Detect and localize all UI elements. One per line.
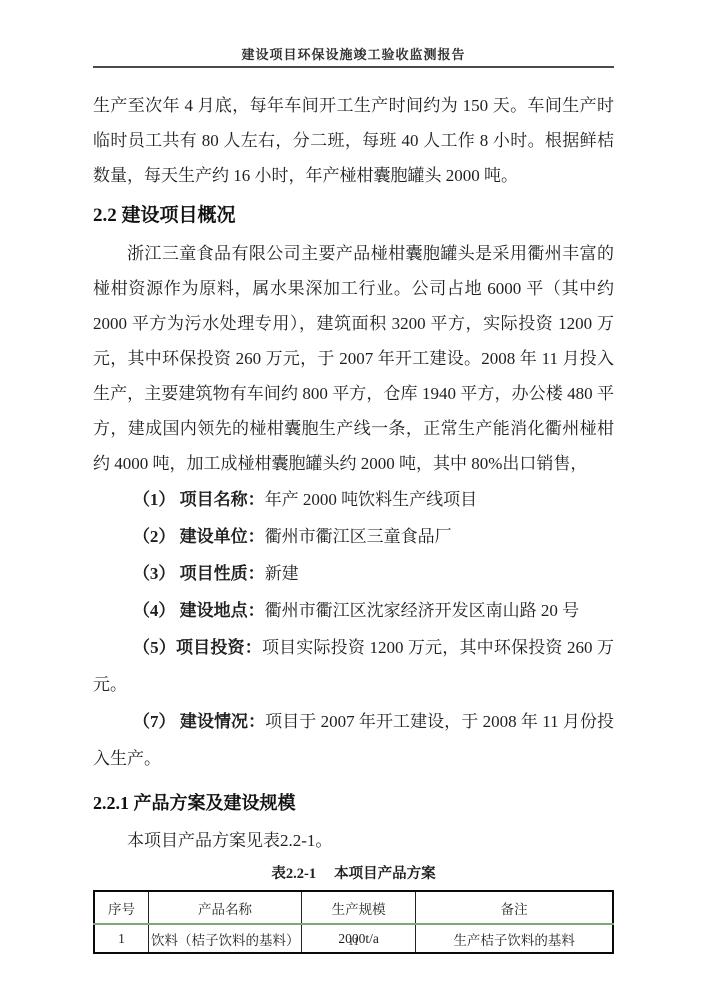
item-label: （7） 建设情况： xyxy=(133,712,265,731)
section-heading-2-2: 2.2 建设项目概况 xyxy=(93,202,614,229)
item-label: （4） 建设地点： xyxy=(133,601,265,620)
table-caption-title: 本项目产品方案 xyxy=(334,866,436,882)
item-label: （2） 建设单位： xyxy=(133,527,265,546)
list-item-location: （4） 建设地点：衢州市衢江区沈家经济开发区南山路 20 号 xyxy=(93,592,614,629)
table-header-row: 序号 产品名称 生产规模 备注 xyxy=(94,891,613,924)
item-label: （1） 项目名称： xyxy=(133,490,265,509)
list-item-construction-status: （7） 建设情况：项目于 2007 年开工建设，于 2008 年 11 月份投入… xyxy=(93,703,614,777)
header-rule xyxy=(93,66,614,68)
item-label: （3） 项目性质： xyxy=(133,564,265,583)
item-text: 年产 2000 吨饮料生产线项目 xyxy=(265,490,478,509)
page-content: 生产至次年 4 月底，每年车间开工生产时间约为 150 天。车间生产时临时员工共… xyxy=(93,88,614,954)
item-text: 衢州市衢江区三童食品厂 xyxy=(265,527,452,546)
page-header-title: 建设项目环保设施竣工验收监测报告 xyxy=(93,44,614,63)
list-item-project-name: （1） 项目名称：年产 2000 吨饮料生产线项目 xyxy=(93,481,614,518)
column-header-remark: 备注 xyxy=(416,891,613,924)
list-item-investment: （5）项目投资：项目实际投资 1200 万元，其中环保投资 260 万元。 xyxy=(93,629,614,703)
paragraph-overview: 浙江三童食品有限公司主要产品椪柑囊胞罐头是采用衢州丰富的椪柑资源作为原料，属水果… xyxy=(93,236,614,481)
column-header-production-scale: 生产规模 xyxy=(302,891,416,924)
document-page: 建设项目环保设施竣工验收监测报告 生产至次年 4 月底，每年车间开工生产时间约为… xyxy=(0,0,707,1000)
item-text: 新建 xyxy=(265,564,299,583)
item-text: 衢州市衢江区沈家经济开发区南山路 20 号 xyxy=(265,601,580,620)
section-heading-2-2-1: 2.2.1 产品方案及建设规模 xyxy=(93,790,614,816)
column-header-product-name: 产品名称 xyxy=(148,891,301,924)
column-header-serial: 序号 xyxy=(94,891,148,924)
table-caption: 表2.2-1本项目产品方案 xyxy=(93,863,614,885)
paragraph-continuation: 生产至次年 4 月底，每年车间开工生产时间约为 150 天。车间生产时临时员工共… xyxy=(93,88,614,193)
list-item-project-nature: （3） 项目性质：新建 xyxy=(93,555,614,592)
item-label: （5）项目投资： xyxy=(133,638,262,657)
page-number: 11 xyxy=(0,936,707,948)
paragraph-table-reference: 本项目产品方案见表2.2-1。 xyxy=(93,823,614,858)
table-caption-label: 表2.2-1 xyxy=(271,866,316,882)
list-item-construction-unit: （2） 建设单位：衢州市衢江区三童食品厂 xyxy=(93,518,614,555)
